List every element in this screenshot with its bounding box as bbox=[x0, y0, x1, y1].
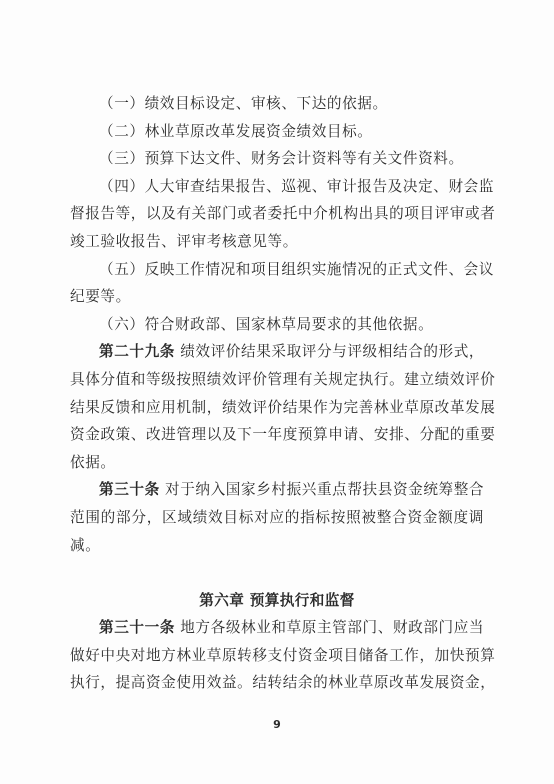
article-29-line-5: 依据。 bbox=[70, 449, 484, 477]
chapter-title: 第六章 预算执行和监督 bbox=[70, 587, 484, 615]
list-item-3: （三）预算下达文件、财务会计资料等有关文件资料。 bbox=[70, 145, 484, 173]
list-item-4-line-2: 督报告等，以及有关部门或者委托中介机构出具的项目评审或者 bbox=[70, 200, 484, 228]
list-item-2: （二）林业草原改革发展资金绩效目标。 bbox=[70, 118, 484, 146]
article-29-line-4: 资金政策、改进管理以及下一年度预算申请、安排、分配的重要 bbox=[70, 421, 484, 449]
list-item-6: （六）符合财政部、国家林草局要求的其他依据。 bbox=[70, 311, 484, 339]
article-29-line-3: 结果反馈和应用机制，绩效评价结果作为完善林业草原改革发展 bbox=[70, 394, 484, 422]
article-29-line-1: 第二十九条 绩效评价结果采取评分与评级相结合的形式， bbox=[70, 338, 484, 366]
article-29-line-2: 具体分值和等级按照绩效评价管理有关规定执行。建立绩效评价 bbox=[70, 366, 484, 394]
article-29-heading: 第二十九条 bbox=[99, 343, 175, 360]
list-item-1: （一）绩效目标设定、审核、下达的依据。 bbox=[70, 90, 484, 118]
list-item-5-line-1: （五）反映工作情况和项目组织实施情况的正式文件、会议 bbox=[70, 256, 484, 284]
spacer bbox=[70, 559, 484, 587]
article-31-line-1: 第三十一条 地方各级林业和草原主管部门、财政部门应当 bbox=[70, 614, 484, 642]
page-number: 9 bbox=[0, 718, 554, 731]
list-item-4-line-1: （四）人大审查结果报告、巡视、审计报告及决定、财会监 bbox=[70, 173, 484, 201]
article-30-line-2: 范围的部分，区域绩效目标对应的指标按照被整合资金额度调 bbox=[70, 504, 484, 532]
article-31-line-3: 执行，提高资金使用效益。结转结余的林业草原改革发展资金， bbox=[70, 669, 484, 697]
article-30-heading: 第三十条 bbox=[99, 481, 160, 498]
document-page: （一）绩效目标设定、审核、下达的依据。 （二）林业草原改革发展资金绩效目标。 （… bbox=[0, 0, 554, 784]
article-30-text: 对于纳入国家乡村振兴重点帮扶县资金统筹整合 bbox=[165, 481, 484, 498]
article-31-line-2: 做好中央对地方林业草原转移支付资金项目储备工作，加快预算 bbox=[70, 642, 484, 670]
list-item-4-line-3: 竣工验收报告、评审考核意见等。 bbox=[70, 228, 484, 256]
document-body: （一）绩效目标设定、审核、下达的依据。 （二）林业草原改革发展资金绩效目标。 （… bbox=[70, 90, 484, 697]
list-item-5-line-2: 纪要等。 bbox=[70, 283, 484, 311]
article-30-line-3: 减。 bbox=[70, 532, 484, 560]
article-29-text: 绩效评价结果采取评分与评级相结合的形式， bbox=[180, 343, 484, 360]
article-31-heading: 第三十一条 bbox=[99, 619, 175, 636]
article-30-line-1: 第三十条 对于纳入国家乡村振兴重点帮扶县资金统筹整合 bbox=[70, 476, 484, 504]
article-31-text: 地方各级林业和草原主管部门、财政部门应当 bbox=[180, 619, 484, 636]
